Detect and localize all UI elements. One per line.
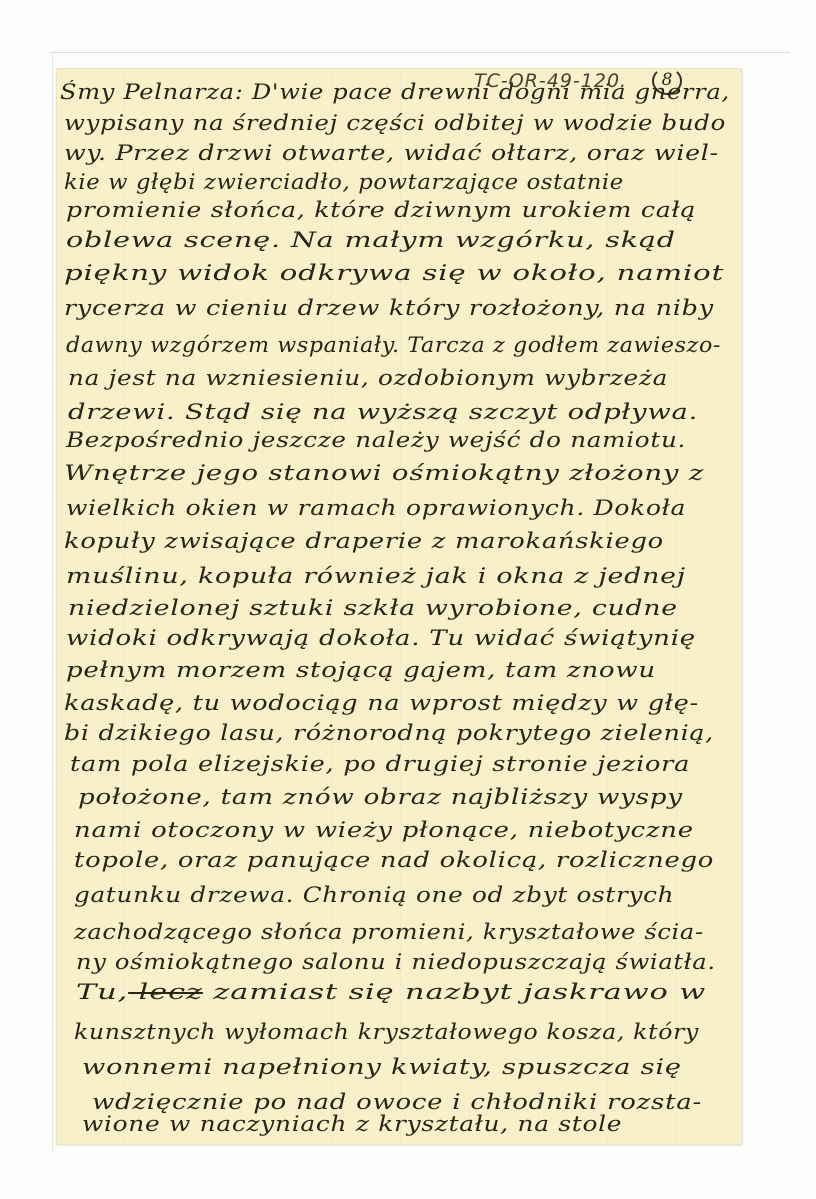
handwritten-line: piękny widok odkrywa się w około, namiot xyxy=(64,261,724,285)
line-text: wione w naczyniach z kryształu, na stole xyxy=(82,1112,622,1136)
line-text: wy. Przez drzwi otwarte, widać ołtarz, o… xyxy=(64,141,719,165)
line-text: Śmy Pelnarza: D'wie pace drewni dogni mi… xyxy=(60,80,730,104)
handwritten-line: topole, oraz panujące nad okolicą, rozli… xyxy=(74,848,714,872)
line-text: muślinu, kopuła również jak i okna z jed… xyxy=(66,564,686,588)
line-text: pełnym morzem stojącą gajem, tam znowu xyxy=(66,658,656,682)
line-text: drzewi. Stąd się na wyższą szczyt odpływ… xyxy=(68,400,698,424)
handwritten-line: wdzięcznie po nad owoce i chłodniki rozs… xyxy=(92,1090,702,1114)
line-text: kopuły zwisające draperie z marokańskieg… xyxy=(64,529,664,553)
handwritten-line: kunsztnych wyłomach kryształowego kosza,… xyxy=(74,1020,699,1044)
scan-edge-left xyxy=(52,52,53,1152)
handwritten-line: wione w naczyniach z kryształu, na stole xyxy=(82,1112,622,1136)
line-text: ny ośmiokątnego salonu i niedopuszczają … xyxy=(76,950,716,974)
line-text: dawny wzgórzem wspaniały. Tarcza z godłe… xyxy=(66,333,721,357)
line-text: niedzielonej sztuki szkła wyrobione, cud… xyxy=(68,596,678,620)
line-text: promienie słońca, które dziwnym urokiem … xyxy=(66,198,696,222)
line-text: wypisany na średniej części odbitej w wo… xyxy=(64,111,726,135)
line-text: wielkich okien w ramach oprawionych. Dok… xyxy=(66,496,686,520)
line-text: na jest na wzniesieniu, ozdobionym wybrz… xyxy=(68,366,668,390)
line-text: wdzięcznie po nad owoce i chłodniki rozs… xyxy=(92,1090,702,1114)
line-text: gatunku drzewa. Chronią one od zbyt ostr… xyxy=(74,883,674,907)
handwritten-line: Tu, lecz zamiast się nazbyt jaskrawo w xyxy=(76,980,706,1004)
handwritten-line: rycerza w cieniu drzew który rozłożony, … xyxy=(64,296,714,320)
line-text: wonnemi napełniony kwiaty, spuszcza się xyxy=(82,1055,682,1079)
line-text: piękny widok odkrywa się w około, namiot xyxy=(64,261,724,285)
handwritten-line: widoki odkrywają dokoła. Tu widać świąty… xyxy=(66,626,696,650)
line-text: oblewa scenę. Na małym wzgórku, skąd xyxy=(66,228,676,252)
handwritten-line: gatunku drzewa. Chronią one od zbyt ostr… xyxy=(74,883,674,907)
line-text: kie w głębi zwierciadło, powtarzające os… xyxy=(64,170,624,194)
line-text: widoki odkrywają dokoła. Tu widać świąty… xyxy=(66,626,696,650)
handwritten-line: tam pola elizejskie, po drugiej stronie … xyxy=(70,752,690,776)
line-text: tam pola elizejskie, po drugiej stronie … xyxy=(70,752,690,776)
manuscript-page: TC-OR-49-120. 8 Śmy Pelnarza: D'wie pace… xyxy=(56,68,742,1145)
handwritten-line: na jest na wzniesieniu, ozdobionym wybrz… xyxy=(68,366,668,390)
line-text: kaskadę, tu wodociąg na wprost między w … xyxy=(64,691,699,715)
line-text: nami otoczony w wieży płonące, niebotycz… xyxy=(74,818,694,842)
handwritten-line: muślinu, kopuła również jak i okna z jed… xyxy=(66,564,686,588)
handwritten-line: Wnętrze jego stanowi ośmiokątny złożony … xyxy=(64,461,704,485)
line-text: Tu, xyxy=(76,980,128,1004)
struck-through-word: lecz xyxy=(128,980,203,1004)
line-text: topole, oraz panujące nad okolicą, rozli… xyxy=(74,848,714,872)
handwritten-line: drzewi. Stąd się na wyższą szczyt odpływ… xyxy=(68,400,698,424)
handwritten-line: zachodzącego słońca promieni, kryształow… xyxy=(74,920,704,944)
line-text: położone, tam znów obraz najbliższy wysp… xyxy=(78,785,683,809)
line-text: Wnętrze jego stanowi ośmiokątny złożony … xyxy=(64,461,704,485)
scan-edge-top xyxy=(50,52,790,53)
line-text: Bezpośrednio jeszcze należy wejść do nam… xyxy=(66,428,686,452)
handwritten-line: pełnym morzem stojącą gajem, tam znowu xyxy=(66,658,656,682)
handwritten-line: kie w głębi zwierciadło, powtarzające os… xyxy=(64,170,624,194)
handwritten-line: kaskadę, tu wodociąg na wprost między w … xyxy=(64,691,699,715)
line-text: zachodzącego słońca promieni, kryształow… xyxy=(74,920,704,944)
handwritten-line: kopuły zwisające draperie z marokańskieg… xyxy=(64,529,664,553)
handwritten-line: wonnemi napełniony kwiaty, spuszcza się xyxy=(82,1055,682,1079)
handwritten-line: bi dzikiego lasu, różnorodną pokrytego z… xyxy=(64,721,714,745)
line-text: bi dzikiego lasu, różnorodną pokrytego z… xyxy=(64,721,714,745)
handwritten-line: nami otoczony w wieży płonące, niebotycz… xyxy=(74,818,694,842)
handwritten-line: ny ośmiokątnego salonu i niedopuszczają … xyxy=(76,950,716,974)
handwritten-line: wy. Przez drzwi otwarte, widać ołtarz, o… xyxy=(64,141,719,165)
handwritten-line: wielkich okien w ramach oprawionych. Dok… xyxy=(66,496,686,520)
line-text: rycerza w cieniu drzew który rozłożony, … xyxy=(64,296,714,320)
handwritten-line: wypisany na średniej części odbitej w wo… xyxy=(64,111,726,135)
handwritten-line: dawny wzgórzem wspaniały. Tarcza z godłe… xyxy=(66,333,721,357)
handwritten-line: Bezpośrednio jeszcze należy wejść do nam… xyxy=(66,428,686,452)
line-text: kunsztnych wyłomach kryształowego kosza,… xyxy=(74,1020,699,1044)
handwritten-line: promienie słońca, które dziwnym urokiem … xyxy=(66,198,696,222)
handwritten-line: niedzielonej sztuki szkła wyrobione, cud… xyxy=(68,596,678,620)
handwritten-line: położone, tam znów obraz najbliższy wysp… xyxy=(78,785,683,809)
handwritten-line: Śmy Pelnarza: D'wie pace drewni dogni mi… xyxy=(60,80,730,104)
line-text-continuation: zamiast się nazbyt jaskrawo w xyxy=(203,980,706,1004)
handwritten-line: oblewa scenę. Na małym wzgórku, skąd xyxy=(66,228,676,252)
